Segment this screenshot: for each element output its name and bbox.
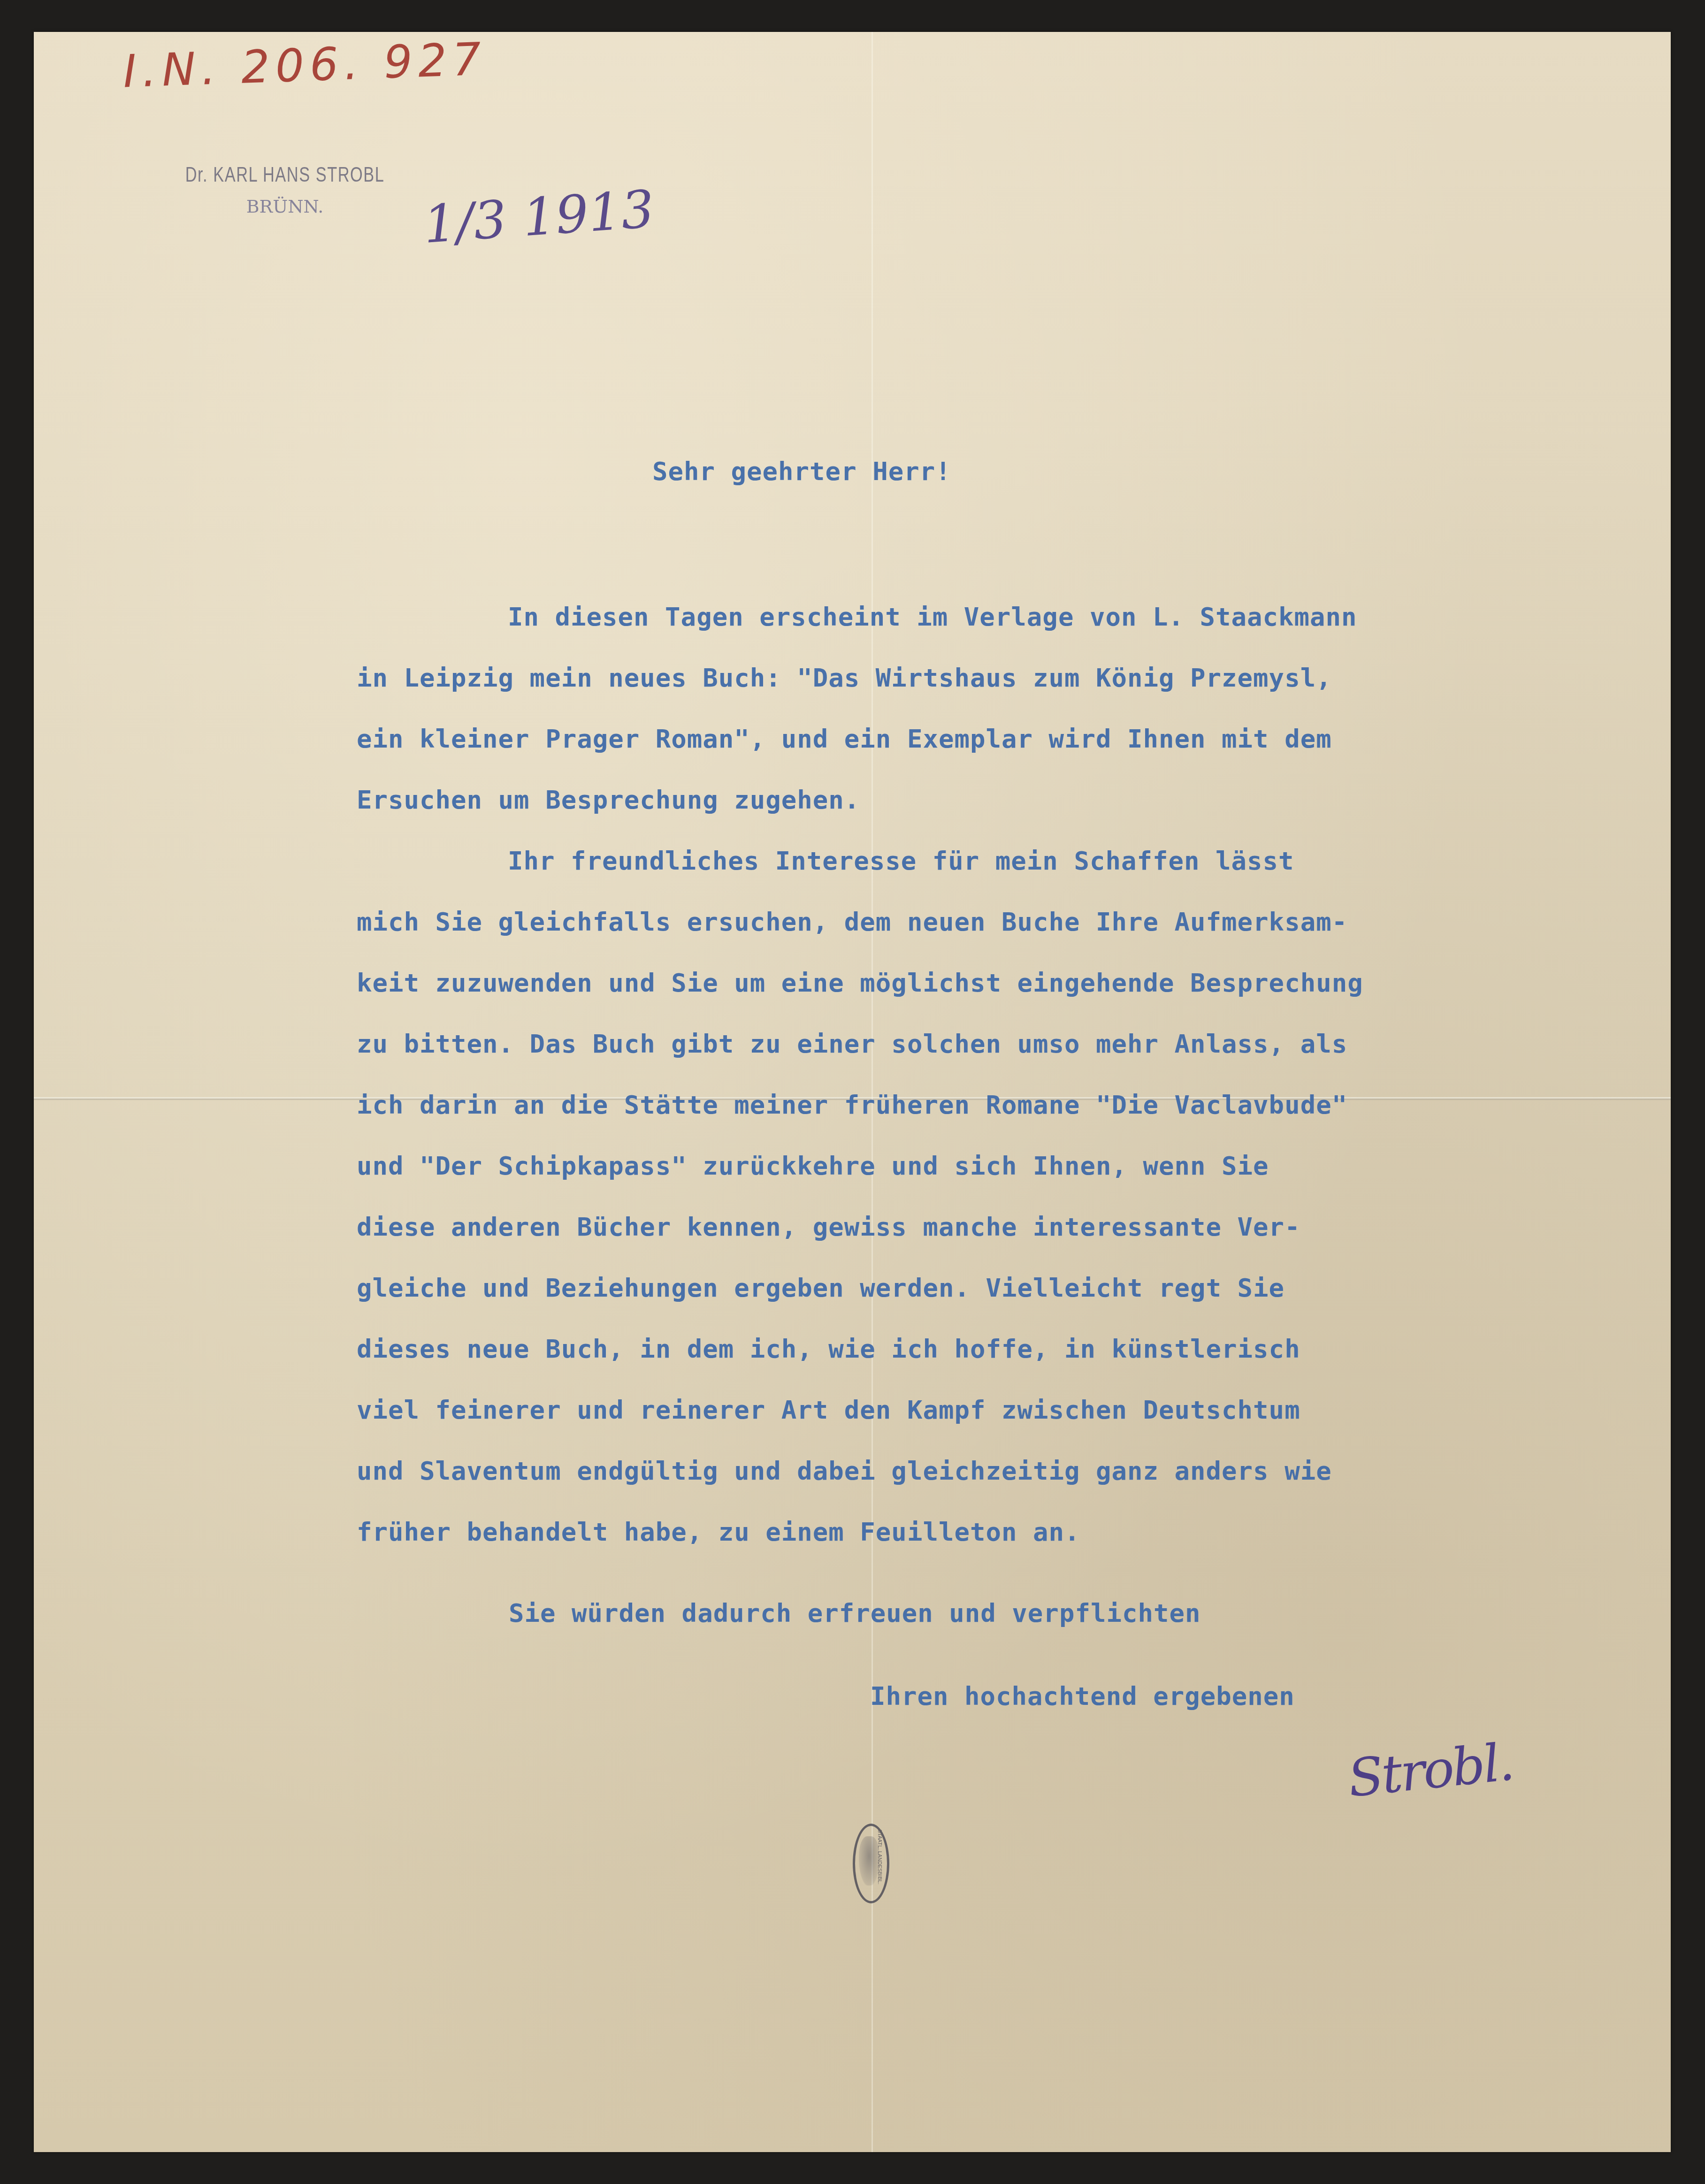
complimentary-close: Ihren hochachtend ergebenen <box>870 1681 1295 1711</box>
body-line: Ersuchen um Besprechung zugehen. <box>357 785 860 815</box>
body-line: und "Der Schipkapass" zurückkehre und si… <box>357 1151 1269 1181</box>
body-line: dieses neue Buch, in dem ich, wie ich ho… <box>357 1334 1300 1364</box>
body-line: und Slaventum endgültig und dabei gleich… <box>357 1456 1332 1486</box>
stamp-text: STAATL. LANDESBIBL. <box>877 1830 882 1885</box>
body-line: In diesen Tagen erscheint im Verlage von… <box>508 602 1357 632</box>
body-line: in Leipzig mein neues Buch: "Das Wirtsha… <box>357 663 1332 693</box>
body-line: ich darin an die Stätte meiner früheren … <box>357 1090 1347 1120</box>
body-line: Ihr freundliches Interesse für mein Scha… <box>508 846 1294 876</box>
eagle-emblem-icon <box>859 1836 879 1886</box>
letter-page: I.N. 206. 927 Dr. KARL HANS STROBL BRÜNN… <box>34 32 1671 2152</box>
body-line: diese anderen Bücher kennen, gewiss manc… <box>357 1212 1300 1242</box>
body-line: keit zuzuwenden und Sie um eine möglichs… <box>357 968 1363 998</box>
closing-line: Sie würden dadurch erfreuen und verpflic… <box>509 1598 1200 1628</box>
body-line: zu bitten. Das Buch gibt zu einer solche… <box>357 1029 1347 1059</box>
body-line: früher behandelt habe, zu einem Feuillet… <box>357 1517 1080 1547</box>
letter-body: In diesen Tagen erscheint im Verlage von… <box>34 32 1671 2152</box>
body-line: viel feinerer und reinerer Art den Kampf… <box>357 1395 1300 1425</box>
body-line: mich Sie gleichfalls ersuchen, dem neuen… <box>357 907 1347 937</box>
body-line: gleiche und Beziehungen ergeben werden. … <box>357 1273 1284 1303</box>
library-stamp-icon: STAATL. LANDESBIBL. <box>853 1824 889 1903</box>
body-line: ein kleiner Prager Roman", und ein Exemp… <box>357 724 1332 754</box>
